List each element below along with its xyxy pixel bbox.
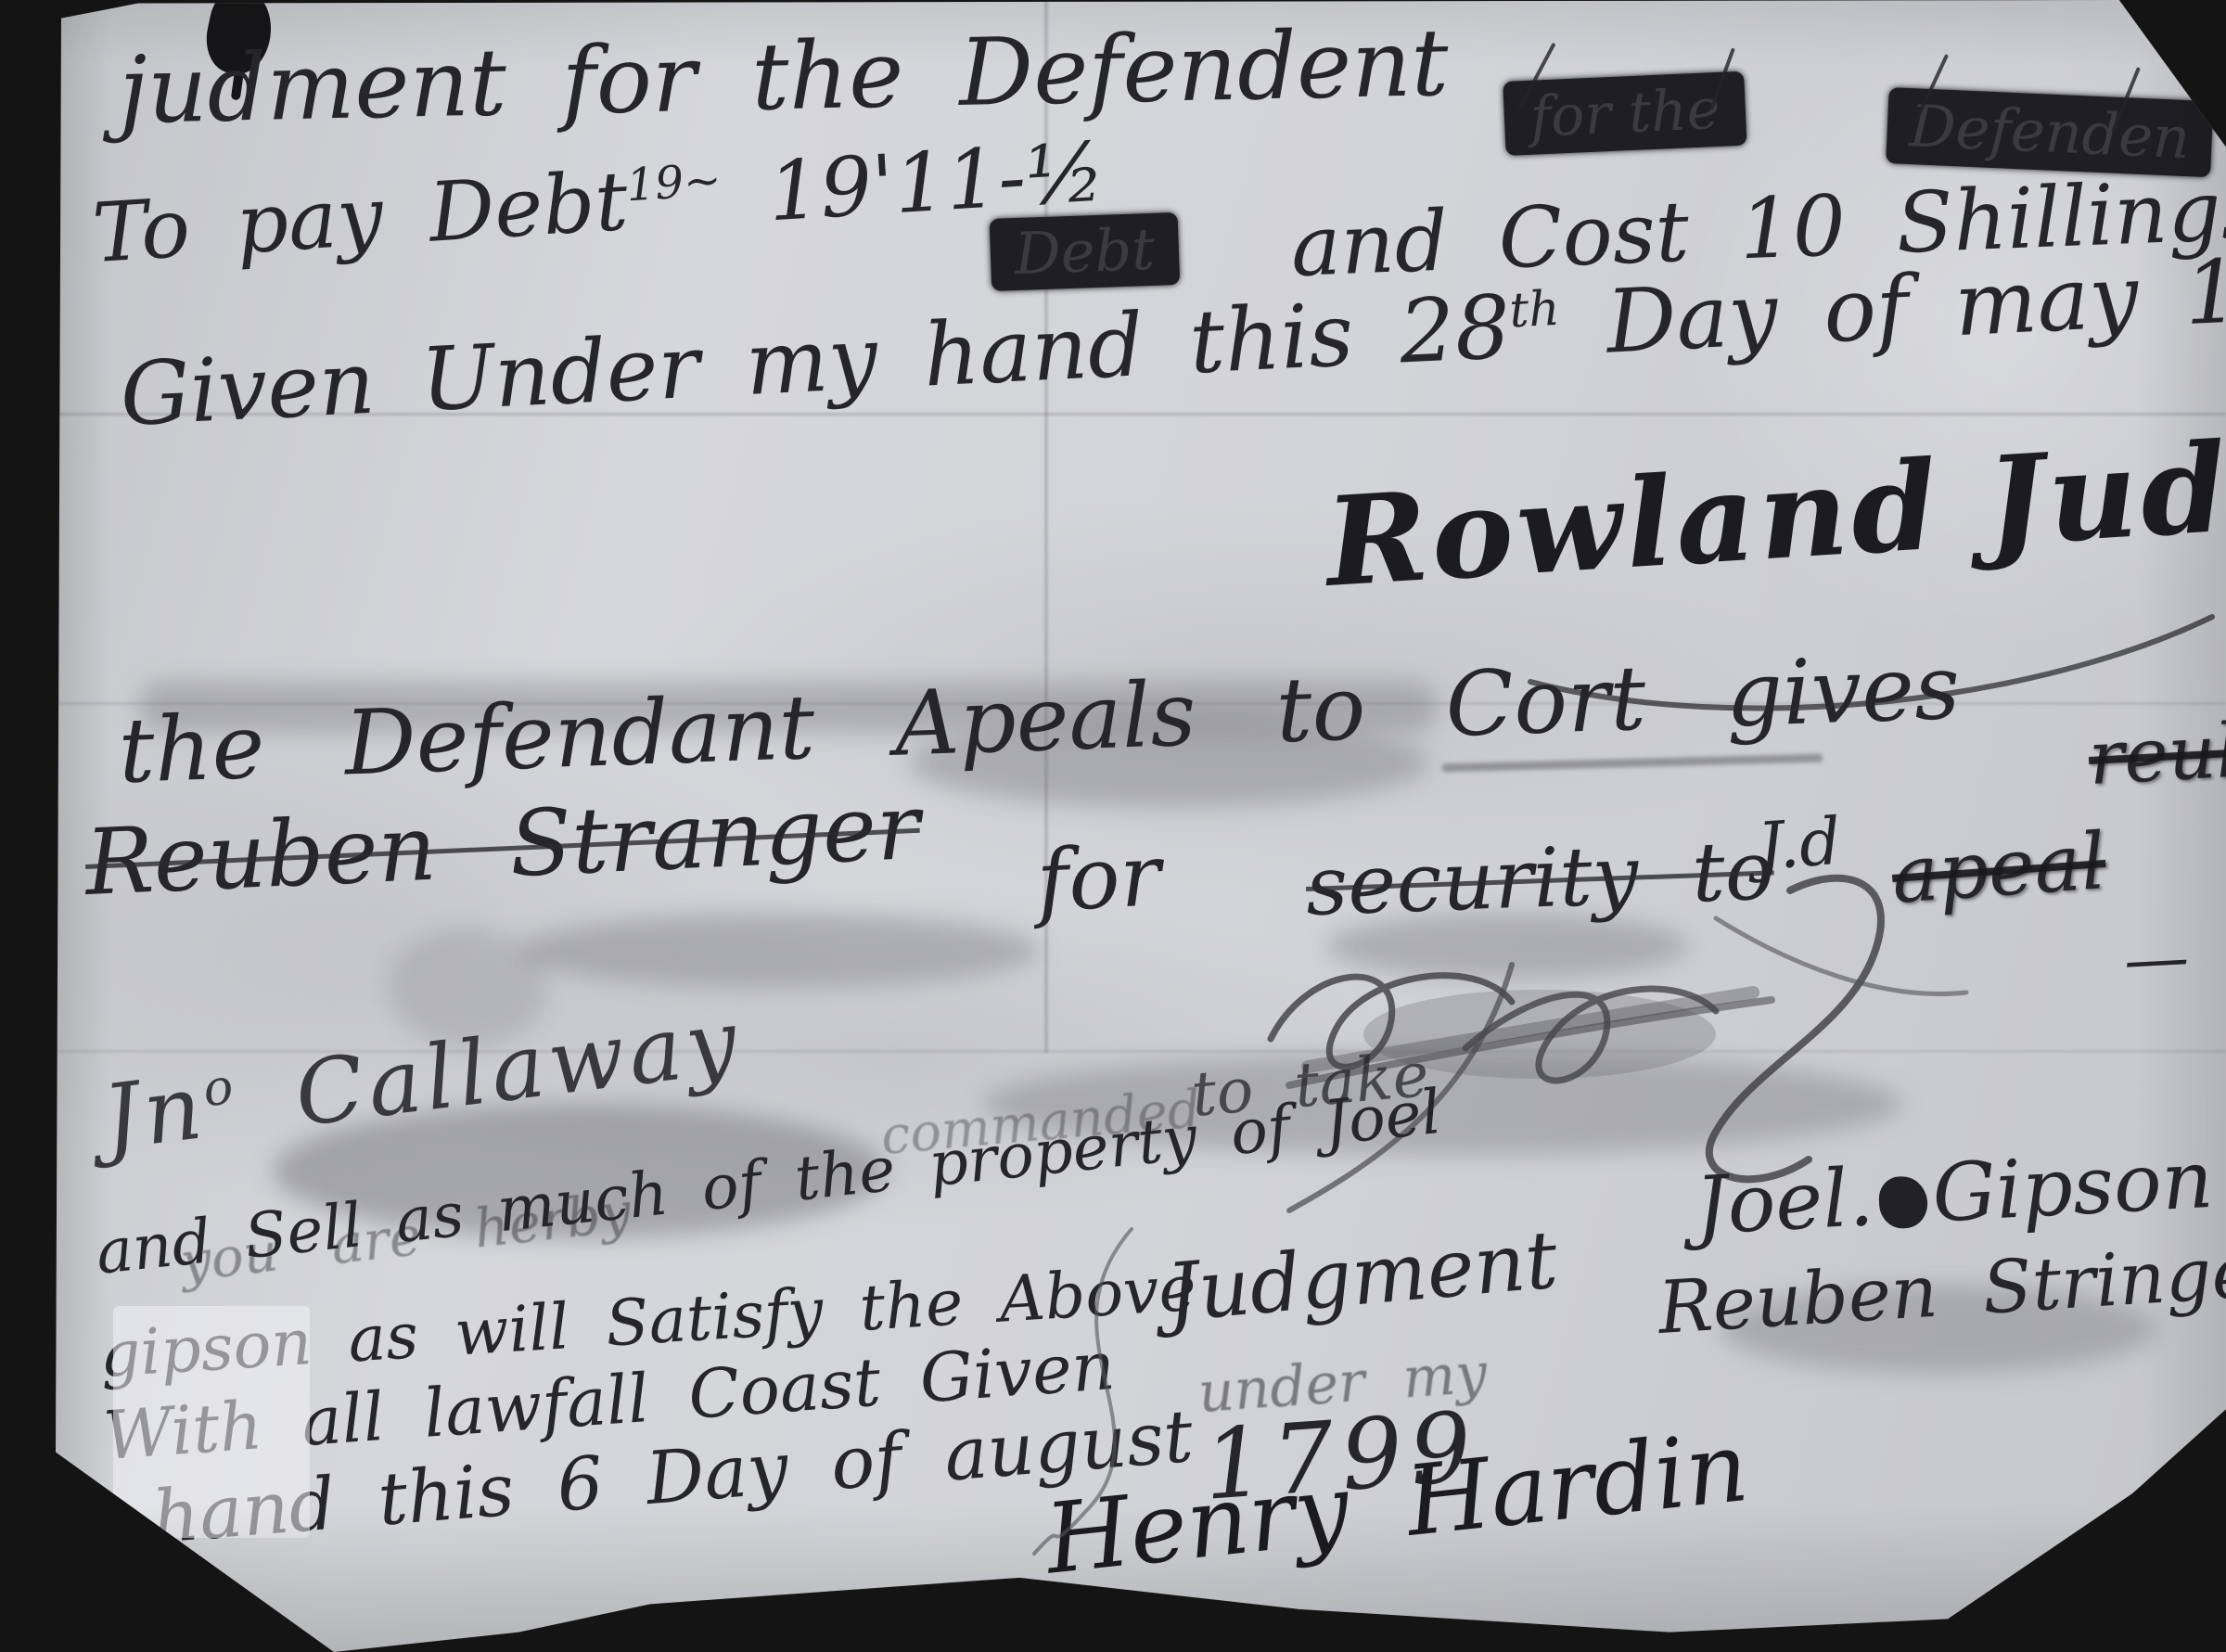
- photo-backdrop: judment for the Defendent for the Defend…: [0, 0, 2226, 1652]
- to-pay-debt-text: To pay Debt: [90, 153, 631, 281]
- light-strike-through-cort: [1442, 754, 1823, 773]
- line-judgment-text: judment for the Defendent: [118, 17, 1450, 137]
- blotted-words-for-the: for the: [1503, 71, 1747, 156]
- day-ordinal-superscript: th: [1508, 281, 1561, 339]
- name-joel-gipson: Joel.Gipson: [1694, 1140, 2215, 1247]
- addressee-abbrev: Jn: [97, 1055, 211, 1171]
- name-joel: Joel.: [1693, 1151, 1875, 1253]
- paper-repair-patch: [113, 1306, 310, 1538]
- flourish-curve: [983, 1215, 1243, 1586]
- paper-sheet: judment for the Defendent for the Defend…: [0, 0, 2226, 1652]
- line-to-pay-debt: To pay Debt19~ 19'11-½: [90, 131, 1107, 275]
- struck-name-reuben-stranger: Reuben Stranger: [83, 782, 922, 909]
- word-for: for: [1035, 833, 1163, 925]
- blotted-word-defenden: Defenden: [1886, 87, 2214, 177]
- ink-blob-between-names: [1878, 1174, 1929, 1229]
- smudge-behind-stranger: [519, 914, 1039, 988]
- struck-word-after-gives: reuben: [2087, 708, 2226, 796]
- trailing-dash: —: [2122, 924, 2191, 992]
- debt-superscript-amount: 19~: [625, 154, 723, 211]
- given-text: Given Under my hand this 28: [118, 277, 1513, 446]
- name-gipson: Gipson: [1930, 1133, 2215, 1241]
- signature-rowland-judd: Rowland Judd: [1323, 422, 2226, 605]
- blotted-word-debt: Debt: [990, 212, 1181, 291]
